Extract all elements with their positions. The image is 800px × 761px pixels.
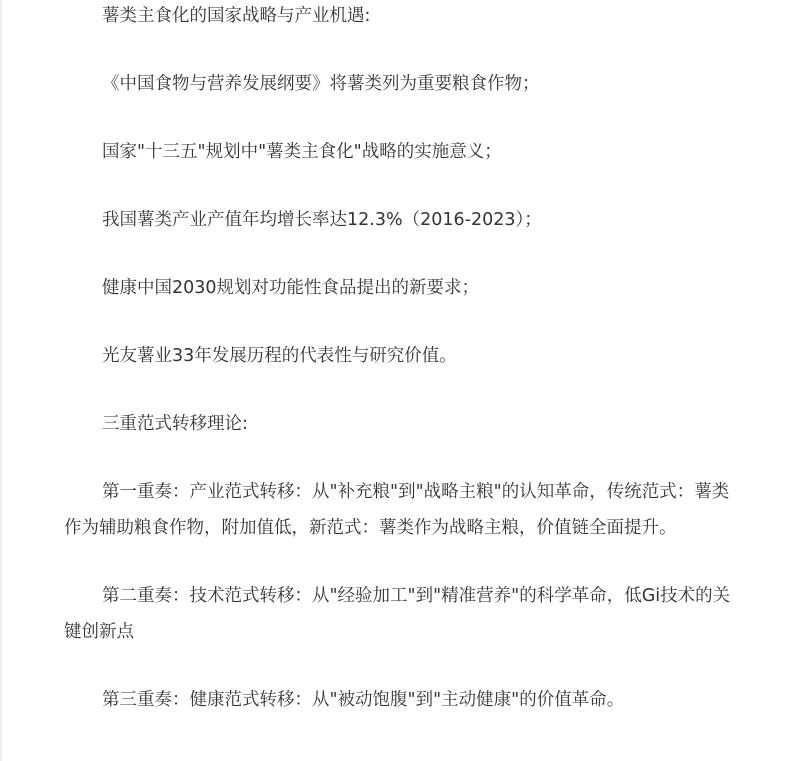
paragraph-technology-paradigm: 第二重奏：技术范式转移：从"经验加工"到"精准营养"的科学革命，低Gi技术的关键…: [64, 578, 734, 650]
paragraph-13th-five-year-plan: 国家"十三五"规划中"薯类主食化"战略的实施意义；: [64, 134, 734, 170]
section-heading-national-strategy: 薯类主食化的国家战略与产业机遇:: [64, 0, 734, 34]
section-heading-paradigm-theory: 三重范式转移理论:: [64, 406, 734, 442]
paragraph-guangyou-history: 光友薯业33年发展历程的代表性与研究价值。: [64, 338, 734, 374]
paragraph-industry-growth-rate: 我国薯类产业产值年均增长率达12.3%（2016-2023）；: [64, 202, 734, 238]
paragraph-health-paradigm: 第三重奏：健康范式转移：从"被动饱腹"到"主动健康"的价值革命。: [64, 682, 734, 718]
article-body: 薯类主食化的国家战略与产业机遇: 《中国食物与营养发展纲要》将薯类列为重要粮食作…: [64, 0, 734, 750]
paragraph-industry-paradigm: 第一重奏：产业范式转移：从"补充粮"到"战略主粮"的认知革命，传统范式：薯类作为…: [64, 474, 734, 546]
page-left-border: [0, 0, 2, 761]
paragraph-healthy-china-2030: 健康中国2030规划对功能性食品提出的新要求；: [64, 270, 734, 306]
paragraph-nutrition-outline: 《中国食物与营养发展纲要》将薯类列为重要粮食作物；: [64, 66, 734, 102]
